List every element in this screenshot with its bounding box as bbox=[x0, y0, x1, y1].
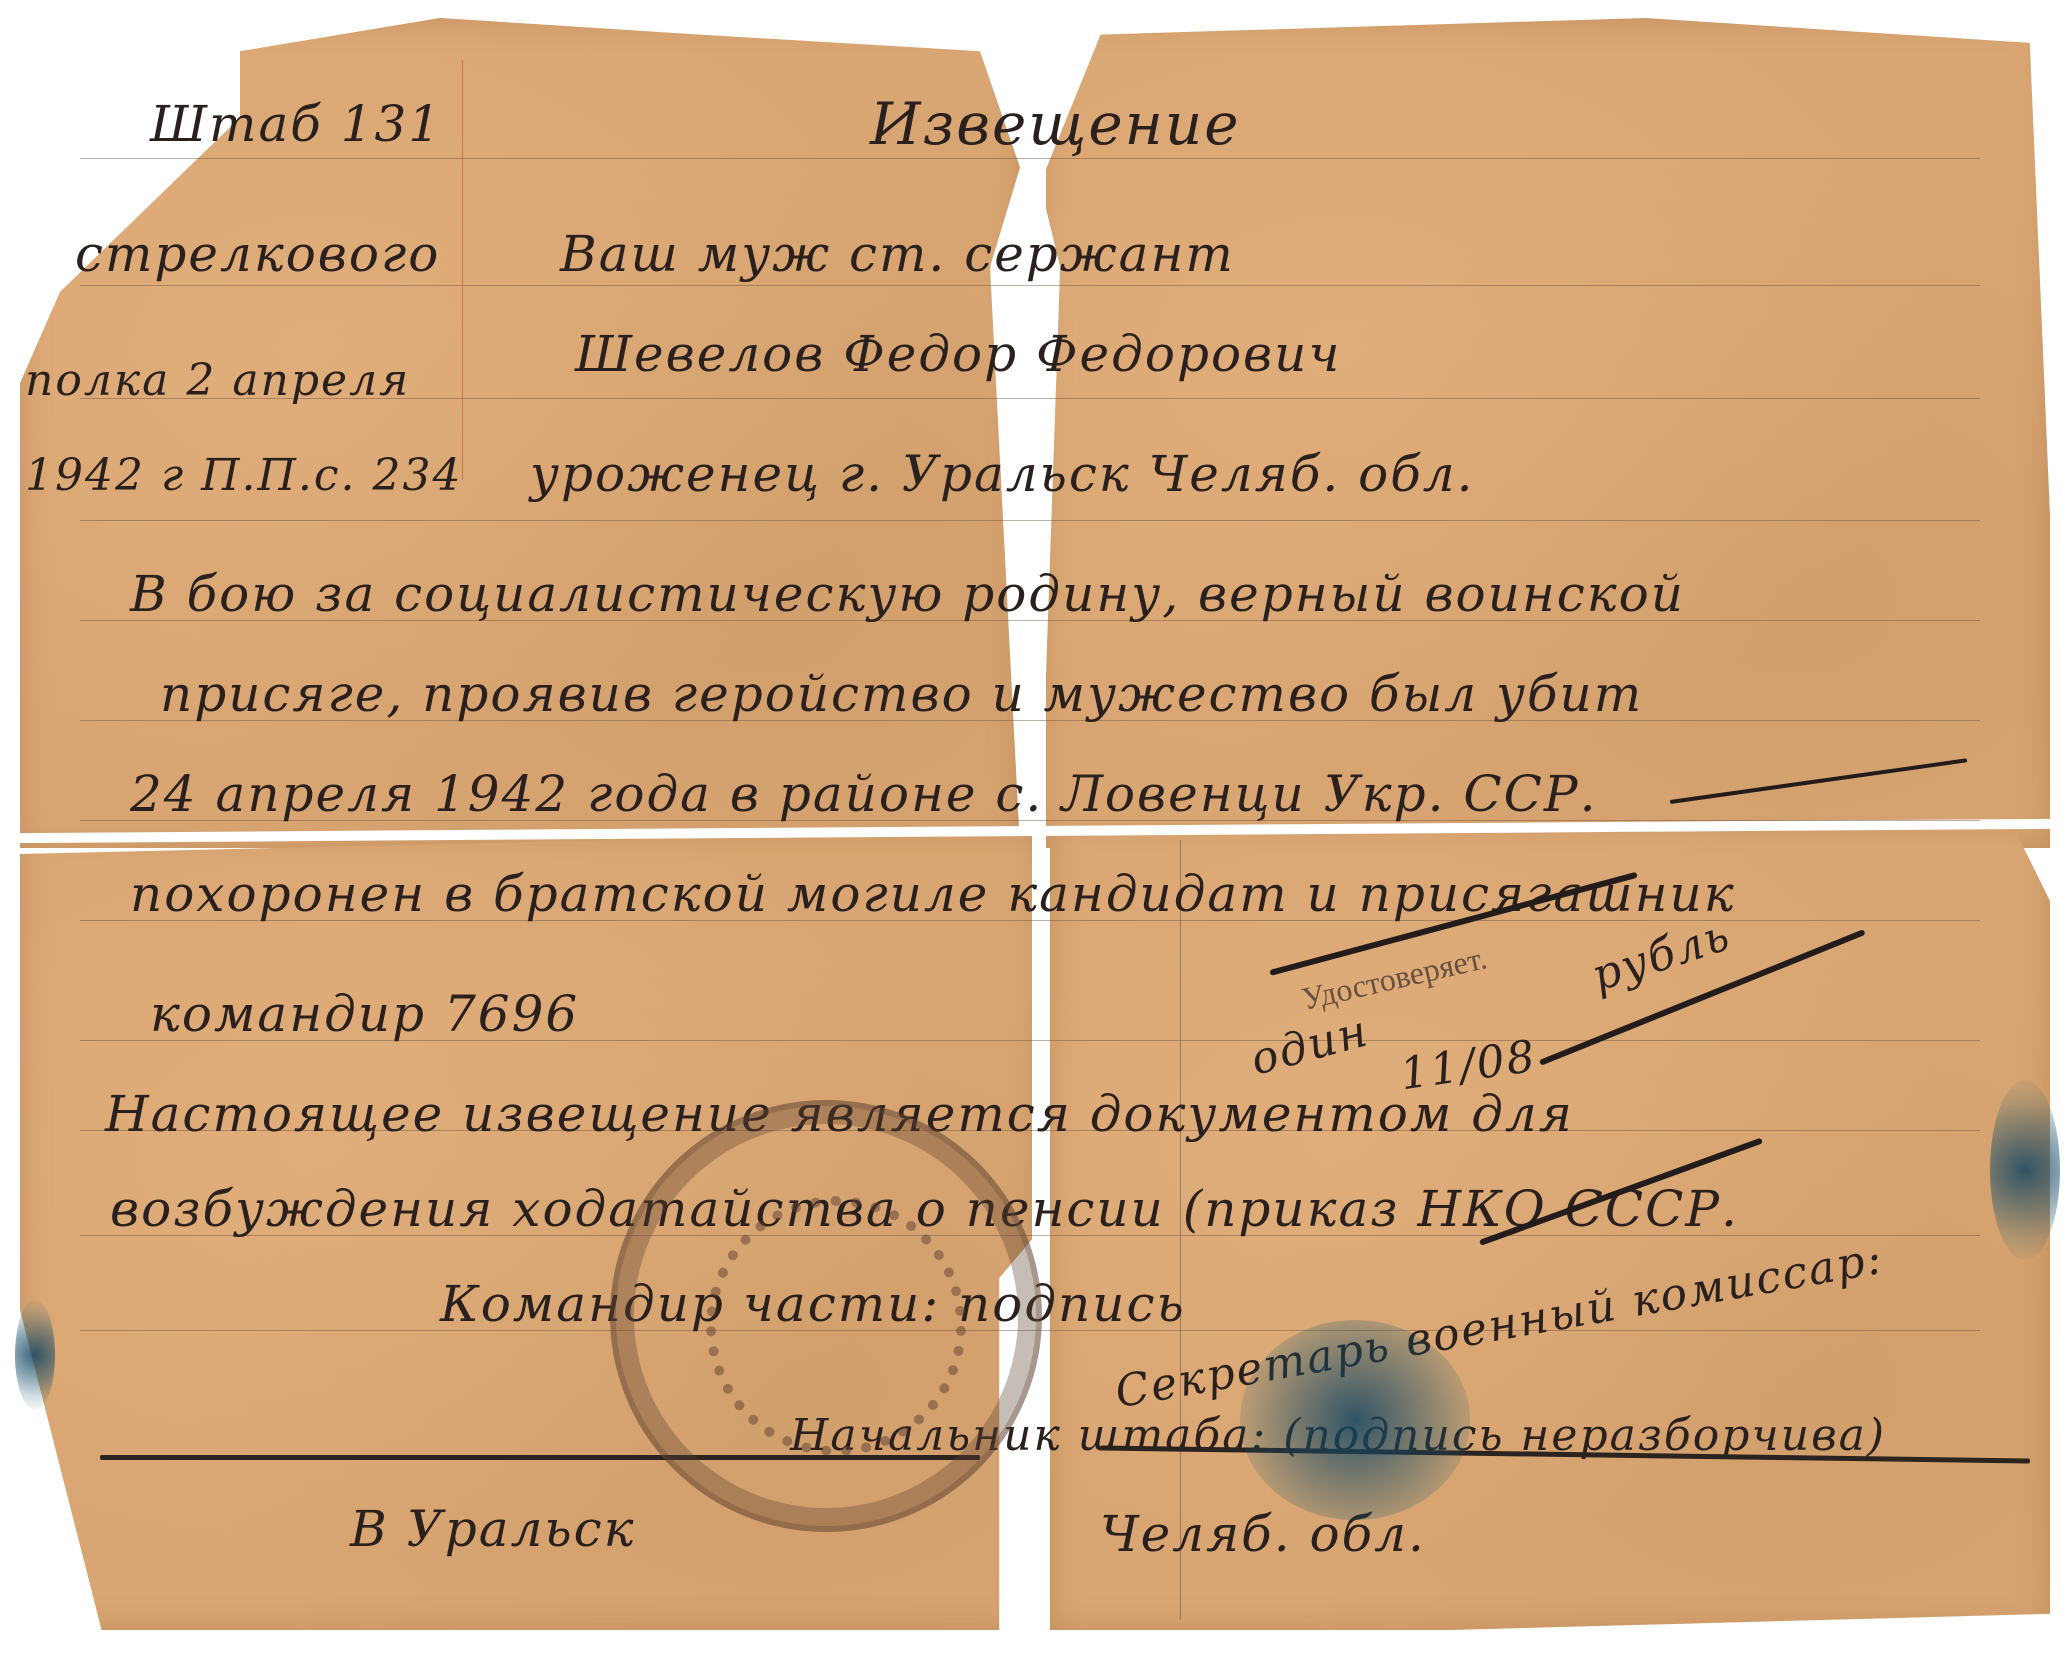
footer-city: В Уральск bbox=[350, 1500, 636, 1558]
ruled-line bbox=[80, 158, 1980, 159]
seal-emblem bbox=[706, 1196, 966, 1456]
body-line-8: командир 7696 bbox=[150, 985, 579, 1043]
official-seal bbox=[610, 1100, 1042, 1532]
body-line-4: В бою за социалистическую родину, верный… bbox=[130, 565, 1685, 623]
ruled-line bbox=[80, 520, 1980, 521]
body-line-3: уроженец г. Уральск Челяб. обл. bbox=[530, 445, 1475, 503]
body-line-5: присяге, проявив геройство и мужество бы… bbox=[160, 665, 1643, 723]
ink-blot bbox=[1240, 1320, 1470, 1520]
ink-blot bbox=[15, 1300, 55, 1410]
body-line-1: Ваш муж ст. сержант bbox=[560, 225, 1235, 283]
unit-header-line3: полка 2 апреля bbox=[25, 355, 410, 406]
margin-line bbox=[462, 60, 463, 480]
ruled-line bbox=[80, 285, 1980, 286]
ink-blot bbox=[1990, 1080, 2060, 1260]
unit-header-line4: 1942 г П.П.с. 234 bbox=[25, 450, 463, 501]
unit-header-line2: стрелкового bbox=[75, 225, 440, 283]
body-line-2: Шевелов Федор Федорович bbox=[575, 325, 1341, 383]
body-line-6: 24 апреля 1942 года в районе с. Ловенци … bbox=[130, 765, 1597, 823]
unit-header-line1: Штаб 131 bbox=[150, 95, 442, 153]
document-title: Извещение bbox=[870, 90, 1241, 158]
